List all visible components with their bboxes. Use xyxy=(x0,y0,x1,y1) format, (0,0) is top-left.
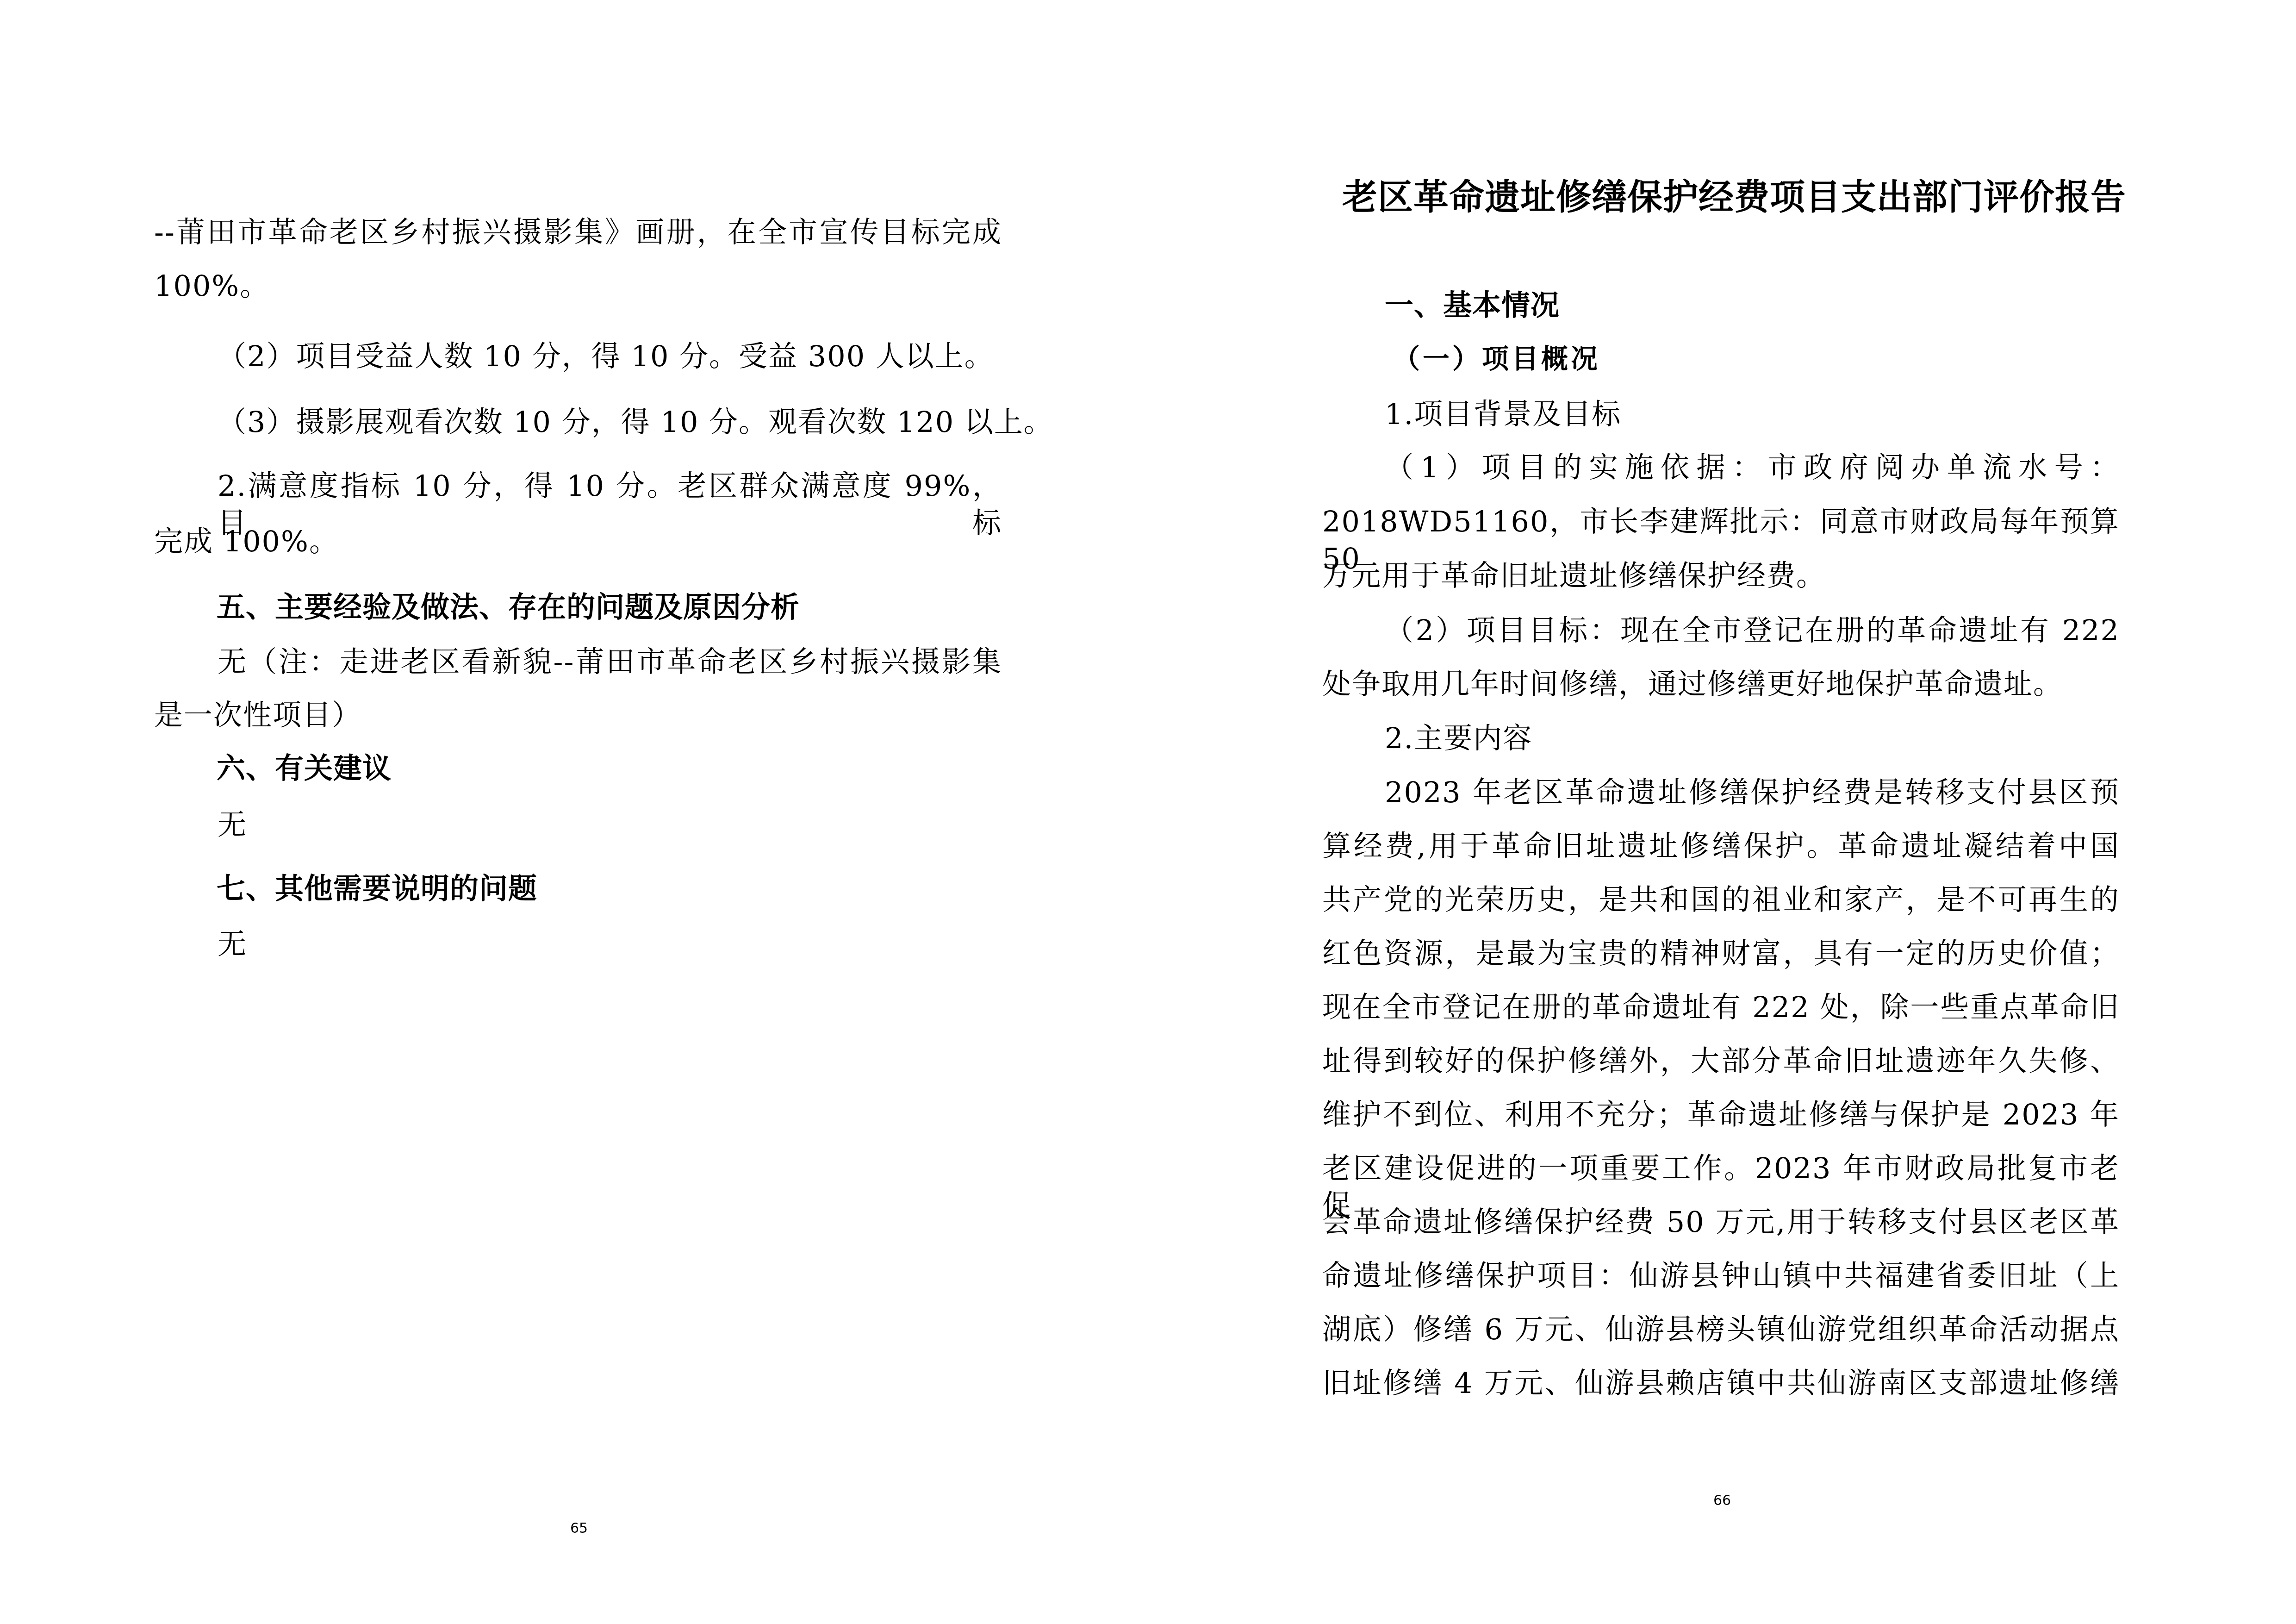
body-line: --莆田市革命老区乡村振兴摄影集》画册，在全市宣传目标完成 xyxy=(154,214,1002,251)
body-line: 旧址修缮 4 万元、仙游县赖店镇中共仙游南区支部遗址修缮 xyxy=(1322,1365,2120,1402)
body-line: （3）摄影展观看次数 10 分，得 10 分。观看次数 120 以上。 xyxy=(218,404,1053,441)
body-line: （2）项目目标：现在全市登记在册的革命遗址有 222 xyxy=(1385,612,2120,649)
body-line: （2）项目受益人数 10 分，得 10 分。受益 300 人以上。 xyxy=(218,338,994,375)
body-line: 100%。 xyxy=(154,268,269,305)
body-line: 红色资源，是最为宝贵的精神财富，具有一定的历史价值； xyxy=(1322,935,2120,972)
body-line: 2023 年老区革命遗址修缮保护经费是转移支付县区预 xyxy=(1385,774,2120,811)
right-page: 老区革命遗址修缮保护经费项目支出部门评价报告 一、基本情况 （一）项目概况 1.… xyxy=(1148,0,2296,1624)
body-line: 完成 100%。 xyxy=(154,523,339,560)
item-heading: 1.项目背景及目标 xyxy=(1385,396,1621,433)
body-line: 维护不到位、利用不充分；革命遗址修缮与保护是 2023 年 xyxy=(1322,1096,2120,1133)
body-line: （1）项目的实施依据：市政府阅办单流水号： xyxy=(1385,449,2120,486)
section-heading: 七、其他需要说明的问题 xyxy=(217,870,537,907)
left-page: --莆田市革命老区乡村振兴摄影集》画册，在全市宣传目标完成 100%。 （2）项… xyxy=(0,0,1148,1624)
body-line: 共产党的光荣历史，是共和国的祖业和家产，是不可再生的 xyxy=(1322,881,2120,918)
body-line: 会革命遗址修缮保护经费 50 万元,用于转移支付县区老区革 xyxy=(1322,1204,2120,1241)
body-line: 无 xyxy=(218,806,247,843)
body-line: 处争取用几年时间修缮，通过修缮更好地保护革命遗址。 xyxy=(1322,666,2063,703)
page-number: 66 xyxy=(1713,1492,1731,1510)
document-spread: --莆田市革命老区乡村振兴摄影集》画册，在全市宣传目标完成 100%。 （2）项… xyxy=(0,0,2296,1624)
section-heading: 五、主要经验及做法、存在的问题及原因分析 xyxy=(217,589,800,626)
body-line: 命遗址修缮保护项目：仙游县钟山镇中共福建省委旧址（上 xyxy=(1322,1257,2120,1294)
subsection-heading: （一）项目概况 xyxy=(1393,340,1600,377)
body-line: 算经费,用于革命旧址遗址修缮保护。革命遗址凝结着中国 xyxy=(1322,828,2120,865)
body-line: 是一次性项目） xyxy=(154,697,361,734)
section-heading: 一、基本情况 xyxy=(1385,287,1560,324)
item-heading: 2.主要内容 xyxy=(1385,720,1532,757)
section-heading: 六、有关建议 xyxy=(217,750,392,787)
page-number: 65 xyxy=(570,1519,588,1538)
body-line: 湖底）修缮 6 万元、仙游县榜头镇仙游党组织革命活动据点 xyxy=(1322,1311,2120,1348)
document-title: 老区革命遗址修缮保护经费项目支出部门评价报告 xyxy=(1342,175,2126,219)
body-line: 万元用于革命旧址遗址修缮保护经费。 xyxy=(1322,557,1826,594)
body-line: 无（注：走进老区看新貌--莆田市革命老区乡村振兴摄影集 xyxy=(218,643,1002,681)
body-line: 现在全市登记在册的革命遗址有 222 处，除一些重点革命旧 xyxy=(1322,989,2120,1026)
body-line: 址得到较好的保护修缮外，大部分革命旧址遗迹年久失修、 xyxy=(1322,1043,2120,1080)
body-line: 无 xyxy=(218,926,247,963)
